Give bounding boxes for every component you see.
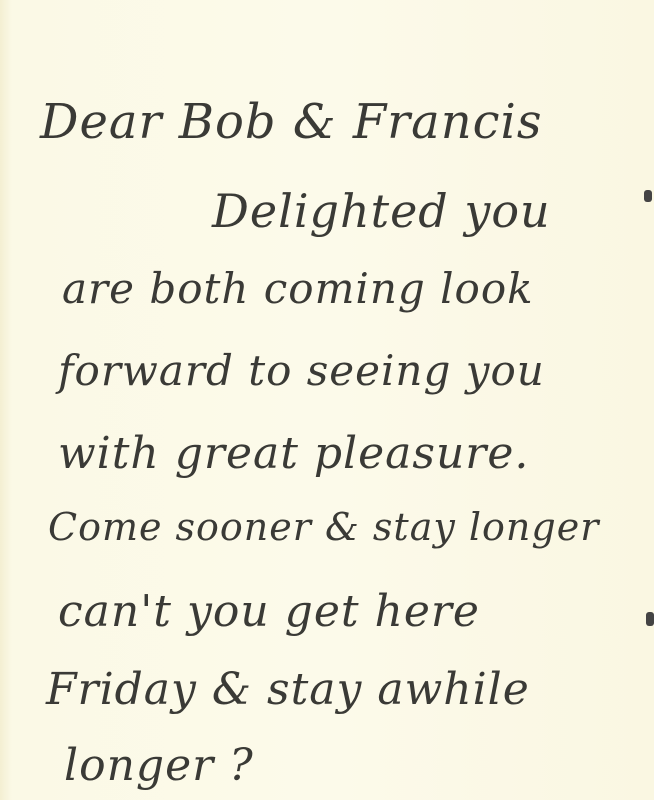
letter-line: Delighted you bbox=[212, 188, 551, 234]
letter-line: forward to seeing you bbox=[58, 350, 545, 392]
letter-line: can't you get here bbox=[58, 590, 480, 634]
ink-blot bbox=[646, 612, 654, 626]
letter-line: longer ? bbox=[64, 744, 254, 788]
letter-line: are both coming look bbox=[62, 268, 534, 310]
ink-blot bbox=[644, 190, 652, 202]
letter-page: Dear Bob & Francis Delighted you are bot… bbox=[0, 0, 654, 800]
letter-line: with great pleasure. bbox=[58, 432, 529, 476]
letter-line: Come sooner & stay longer bbox=[48, 508, 599, 546]
salutation: Dear Bob & Francis bbox=[40, 98, 543, 146]
letter-line: Friday & stay awhile bbox=[46, 668, 530, 712]
